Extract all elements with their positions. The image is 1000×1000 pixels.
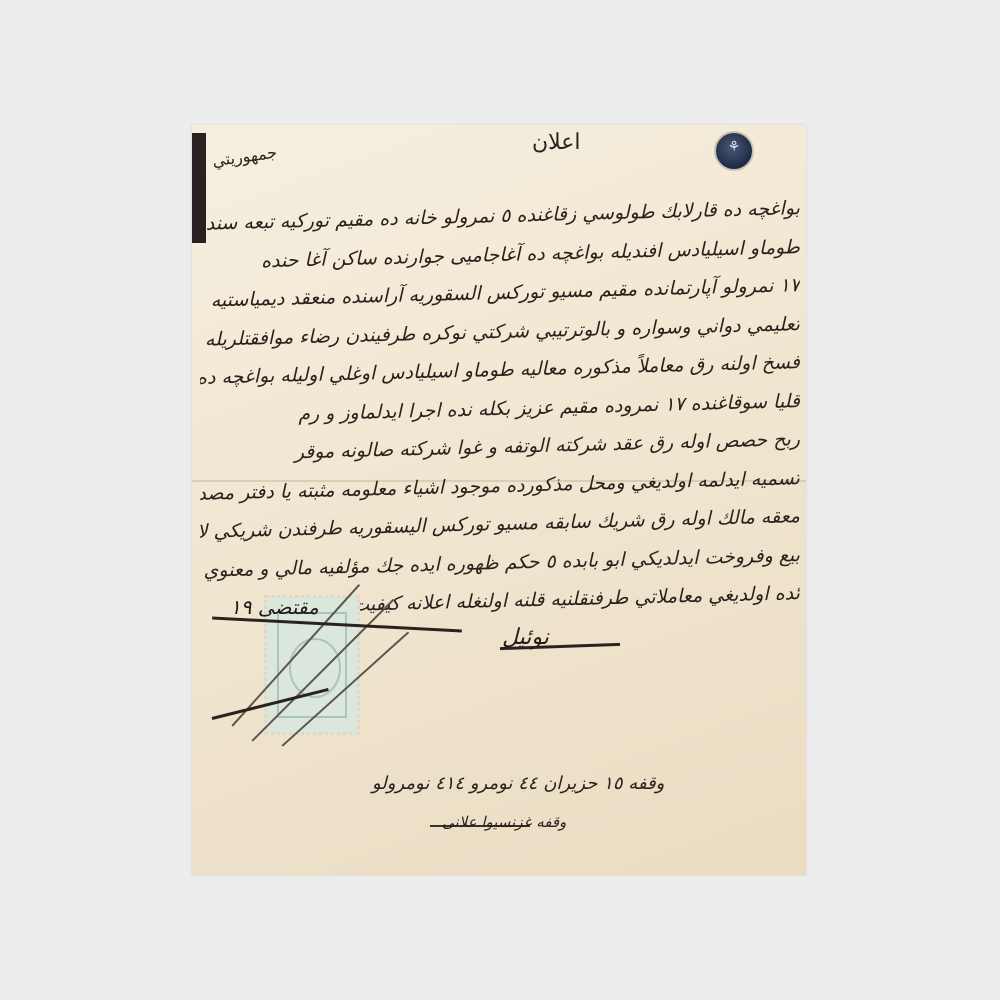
registration-note: وقفه ١٥ حزيران ٤٤ نومرو ٤١٤ نومرولو bbox=[372, 773, 664, 794]
document-page: اعلان ⚘ جمهوريتي بواغچه ده قارلابك طولوس… bbox=[192, 125, 806, 875]
stamp-emblem bbox=[289, 638, 341, 698]
registration-subnote: وقفه غزنسيوا علانى bbox=[442, 813, 566, 831]
seal-emblem-icon: ⚘ bbox=[716, 139, 752, 155]
wax-seal: ⚘ bbox=[714, 131, 754, 171]
letter-body: بواغچه ده قارلابك طولوسي زقاغنده ٥ نمرول… bbox=[200, 197, 800, 621]
signature-left: مقتضى ١٩ bbox=[230, 595, 319, 619]
margin-note: جمهوريتي bbox=[211, 143, 278, 171]
document-heading: اعلان bbox=[532, 130, 581, 155]
